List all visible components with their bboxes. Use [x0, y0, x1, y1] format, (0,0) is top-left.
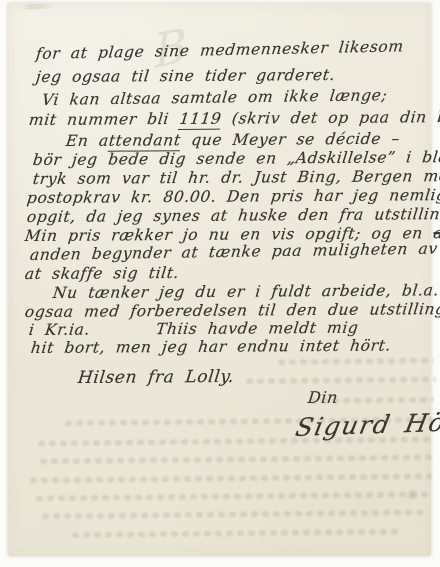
letter-line: ogsaa med forberedelsen til den due utst…: [24, 300, 440, 321]
line-text: mit nummer bli: [28, 110, 181, 129]
letter-line: at skaffe sig tilt.: [24, 264, 180, 283]
letter-line: En attendant que Meyer se décide –: [65, 130, 401, 150]
ink-bleedthrough-line: [70, 527, 398, 539]
ink-bleedthrough-line: [28, 472, 432, 485]
ink-bleedthrough-line: [34, 490, 432, 503]
ink-bleedthrough-line: [40, 508, 426, 521]
pencil-corner-mark: [21, 3, 53, 9]
ink-bleedthrough-line: [36, 435, 434, 448]
line-text: que Meyer se décide –: [180, 130, 401, 150]
letter-line: hit bort, men jeg har endnu intet hört.: [30, 336, 392, 357]
underlined-word: ttendant: [108, 131, 182, 152]
letter-line: tryk som var til hr. dr. Just Bing, Berg…: [32, 167, 440, 188]
ink-bleedthrough-line: [276, 356, 434, 367]
letter-line: postopkrav kr. 80.00. Den pris har jeg n…: [26, 186, 440, 207]
letter-page: B for at plage sine medmennesker likesom…: [8, 3, 431, 556]
scan-background: B for at plage sine medmennesker likesom…: [0, 0, 440, 567]
underlined-number: 1119: [178, 110, 222, 130]
line-text: Thiis havde meldt mig: [155, 319, 359, 338]
letter-line: mit nummer bli 1119 (skriv det op paa di…: [28, 108, 440, 129]
ink-bleedthrough-line: [38, 453, 434, 466]
ink-bleedthrough-line: [244, 375, 436, 386]
letter-line: Vi kan altsaa samtale om ikke længe;: [41, 86, 388, 109]
line-text: (skriv det op paa din blok): [220, 108, 440, 128]
letter-line: i Kr.ia.Thiis havde meldt mig: [28, 319, 360, 339]
letter-line: Nu tænker jeg du er i fuldt arbeide, bl.…: [52, 281, 440, 302]
ink-bleedthrough-line: [308, 395, 434, 405]
paper-stain: [404, 489, 420, 501]
letter-line: bör jeg bede dig sende en „Adskillelse” …: [32, 148, 440, 169]
line-text: En a: [65, 132, 110, 150]
letter-closing: Hilsen fra Lolly.: [77, 367, 236, 388]
line-text: i Kr.ia.: [28, 321, 91, 339]
letter-line: jeg ogsaa til sine tider garderet.: [35, 66, 336, 86]
letter-line: opgit, da jeg synes at huske den fra uts…: [26, 205, 440, 226]
letter-line: for at plage sine medmennesker likesom: [35, 37, 405, 63]
